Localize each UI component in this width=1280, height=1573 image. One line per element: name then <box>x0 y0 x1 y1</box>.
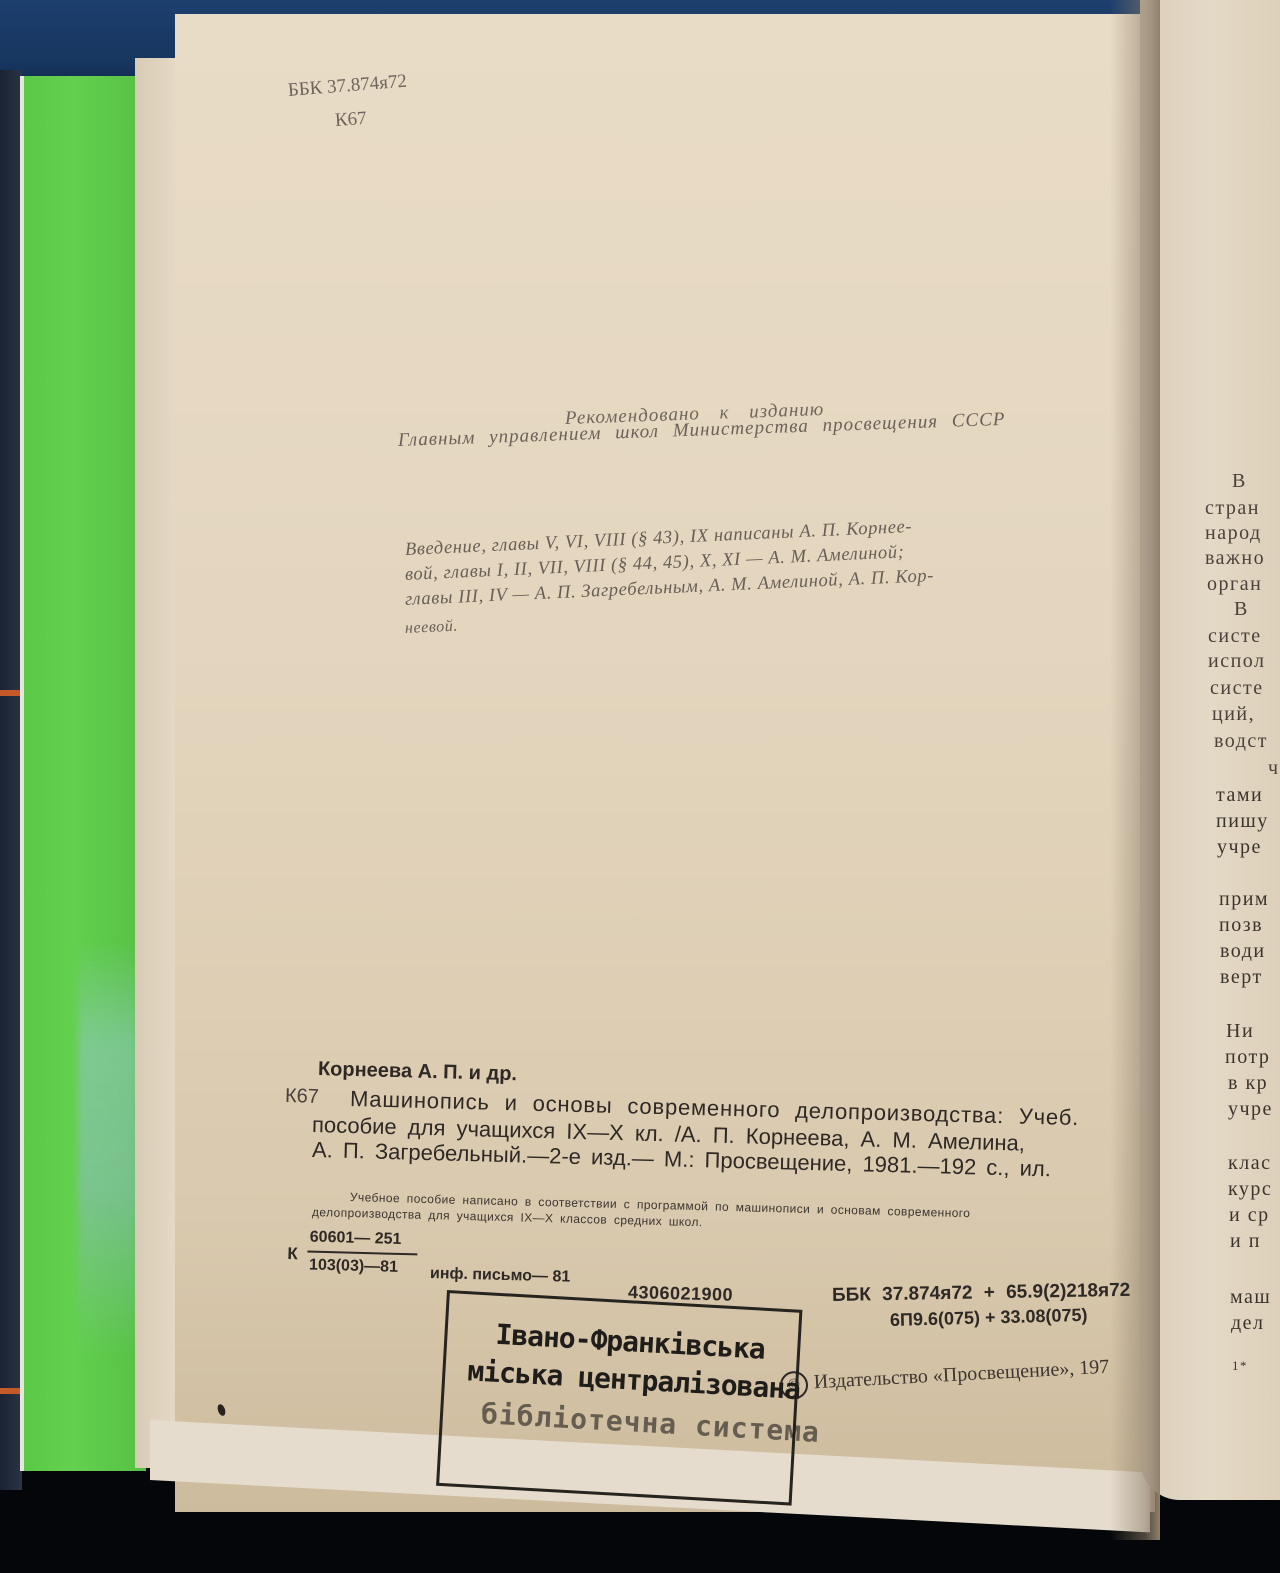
right-page-line: В <box>1232 470 1247 493</box>
right-page-line: В <box>1234 598 1249 621</box>
copyright-line: ©Издательство «Просвещение», 197 <box>779 1355 1110 1400</box>
fraction-numerator: 60601— 251 <box>310 1229 402 1249</box>
imprint-text-layer: ББК 37.874я72 К67 Рекомендовано к издани… <box>0 0 1280 1573</box>
right-page-line: орган <box>1207 573 1262 596</box>
library-stamp: Івано-Франківська міська централізована … <box>436 1290 802 1506</box>
right-page-line: маш <box>1230 1286 1271 1309</box>
fraction-prefix: К <box>287 1244 298 1264</box>
right-page-line: в кр <box>1228 1072 1268 1095</box>
right-page-line: и п <box>1230 1230 1261 1253</box>
classification-code: К67 <box>334 108 367 132</box>
info-letter: инф. письмо— 81 <box>430 1265 571 1287</box>
right-page-line: важно <box>1205 547 1265 570</box>
right-page-line: ч <box>1268 757 1280 780</box>
right-page-line: позв <box>1219 914 1263 937</box>
right-page-line: Ни <box>1226 1020 1254 1043</box>
classification-bbk: ББК 37.874я72 <box>287 71 408 102</box>
right-page-line: дел <box>1231 1312 1265 1335</box>
bbk-index-line-1: ББК 37.874я72 + 65.9(2)218я72 <box>832 1280 1131 1307</box>
right-page-line: тами <box>1216 784 1263 807</box>
fraction-bar <box>307 1251 417 1256</box>
right-page-line: ций, <box>1212 703 1255 726</box>
right-page-line: народ <box>1205 522 1262 545</box>
right-page-line: учре <box>1217 836 1262 859</box>
right-page-line: и ср <box>1229 1204 1270 1227</box>
bbk-index-line-2: 6П9.6(075) + 33.08(075) <box>890 1305 1088 1331</box>
ink-speck <box>216 1403 227 1417</box>
authorship-line: неевой. <box>405 618 459 638</box>
right-page-line: учре <box>1228 1098 1273 1121</box>
stamp-line-3: бібліотечна система <box>480 1397 821 1449</box>
right-page-line: водст <box>1214 730 1268 753</box>
right-page-line: систе <box>1210 677 1264 700</box>
right-page-line: води <box>1220 940 1266 963</box>
right-page-line: стран <box>1205 497 1260 520</box>
right-page-line: клас <box>1228 1152 1271 1175</box>
right-page-line: 1* <box>1232 1358 1248 1374</box>
bib-author: Корнеева А. П. и др. <box>318 1058 518 1086</box>
bib-code: К67 <box>285 1085 319 1109</box>
fraction-denominator: 103(03)—81 <box>309 1257 398 1277</box>
right-page-line: прим <box>1219 888 1269 911</box>
right-page-line: курс <box>1228 1178 1272 1201</box>
right-page-line: пишу <box>1216 810 1269 833</box>
right-page-line: систе <box>1208 625 1262 648</box>
copyright-text: Издательство «Просвещение», 197 <box>813 1356 1109 1393</box>
right-page-line: верт <box>1220 966 1263 989</box>
right-page-line: потр <box>1225 1046 1270 1069</box>
right-page-line: испол <box>1208 650 1266 673</box>
